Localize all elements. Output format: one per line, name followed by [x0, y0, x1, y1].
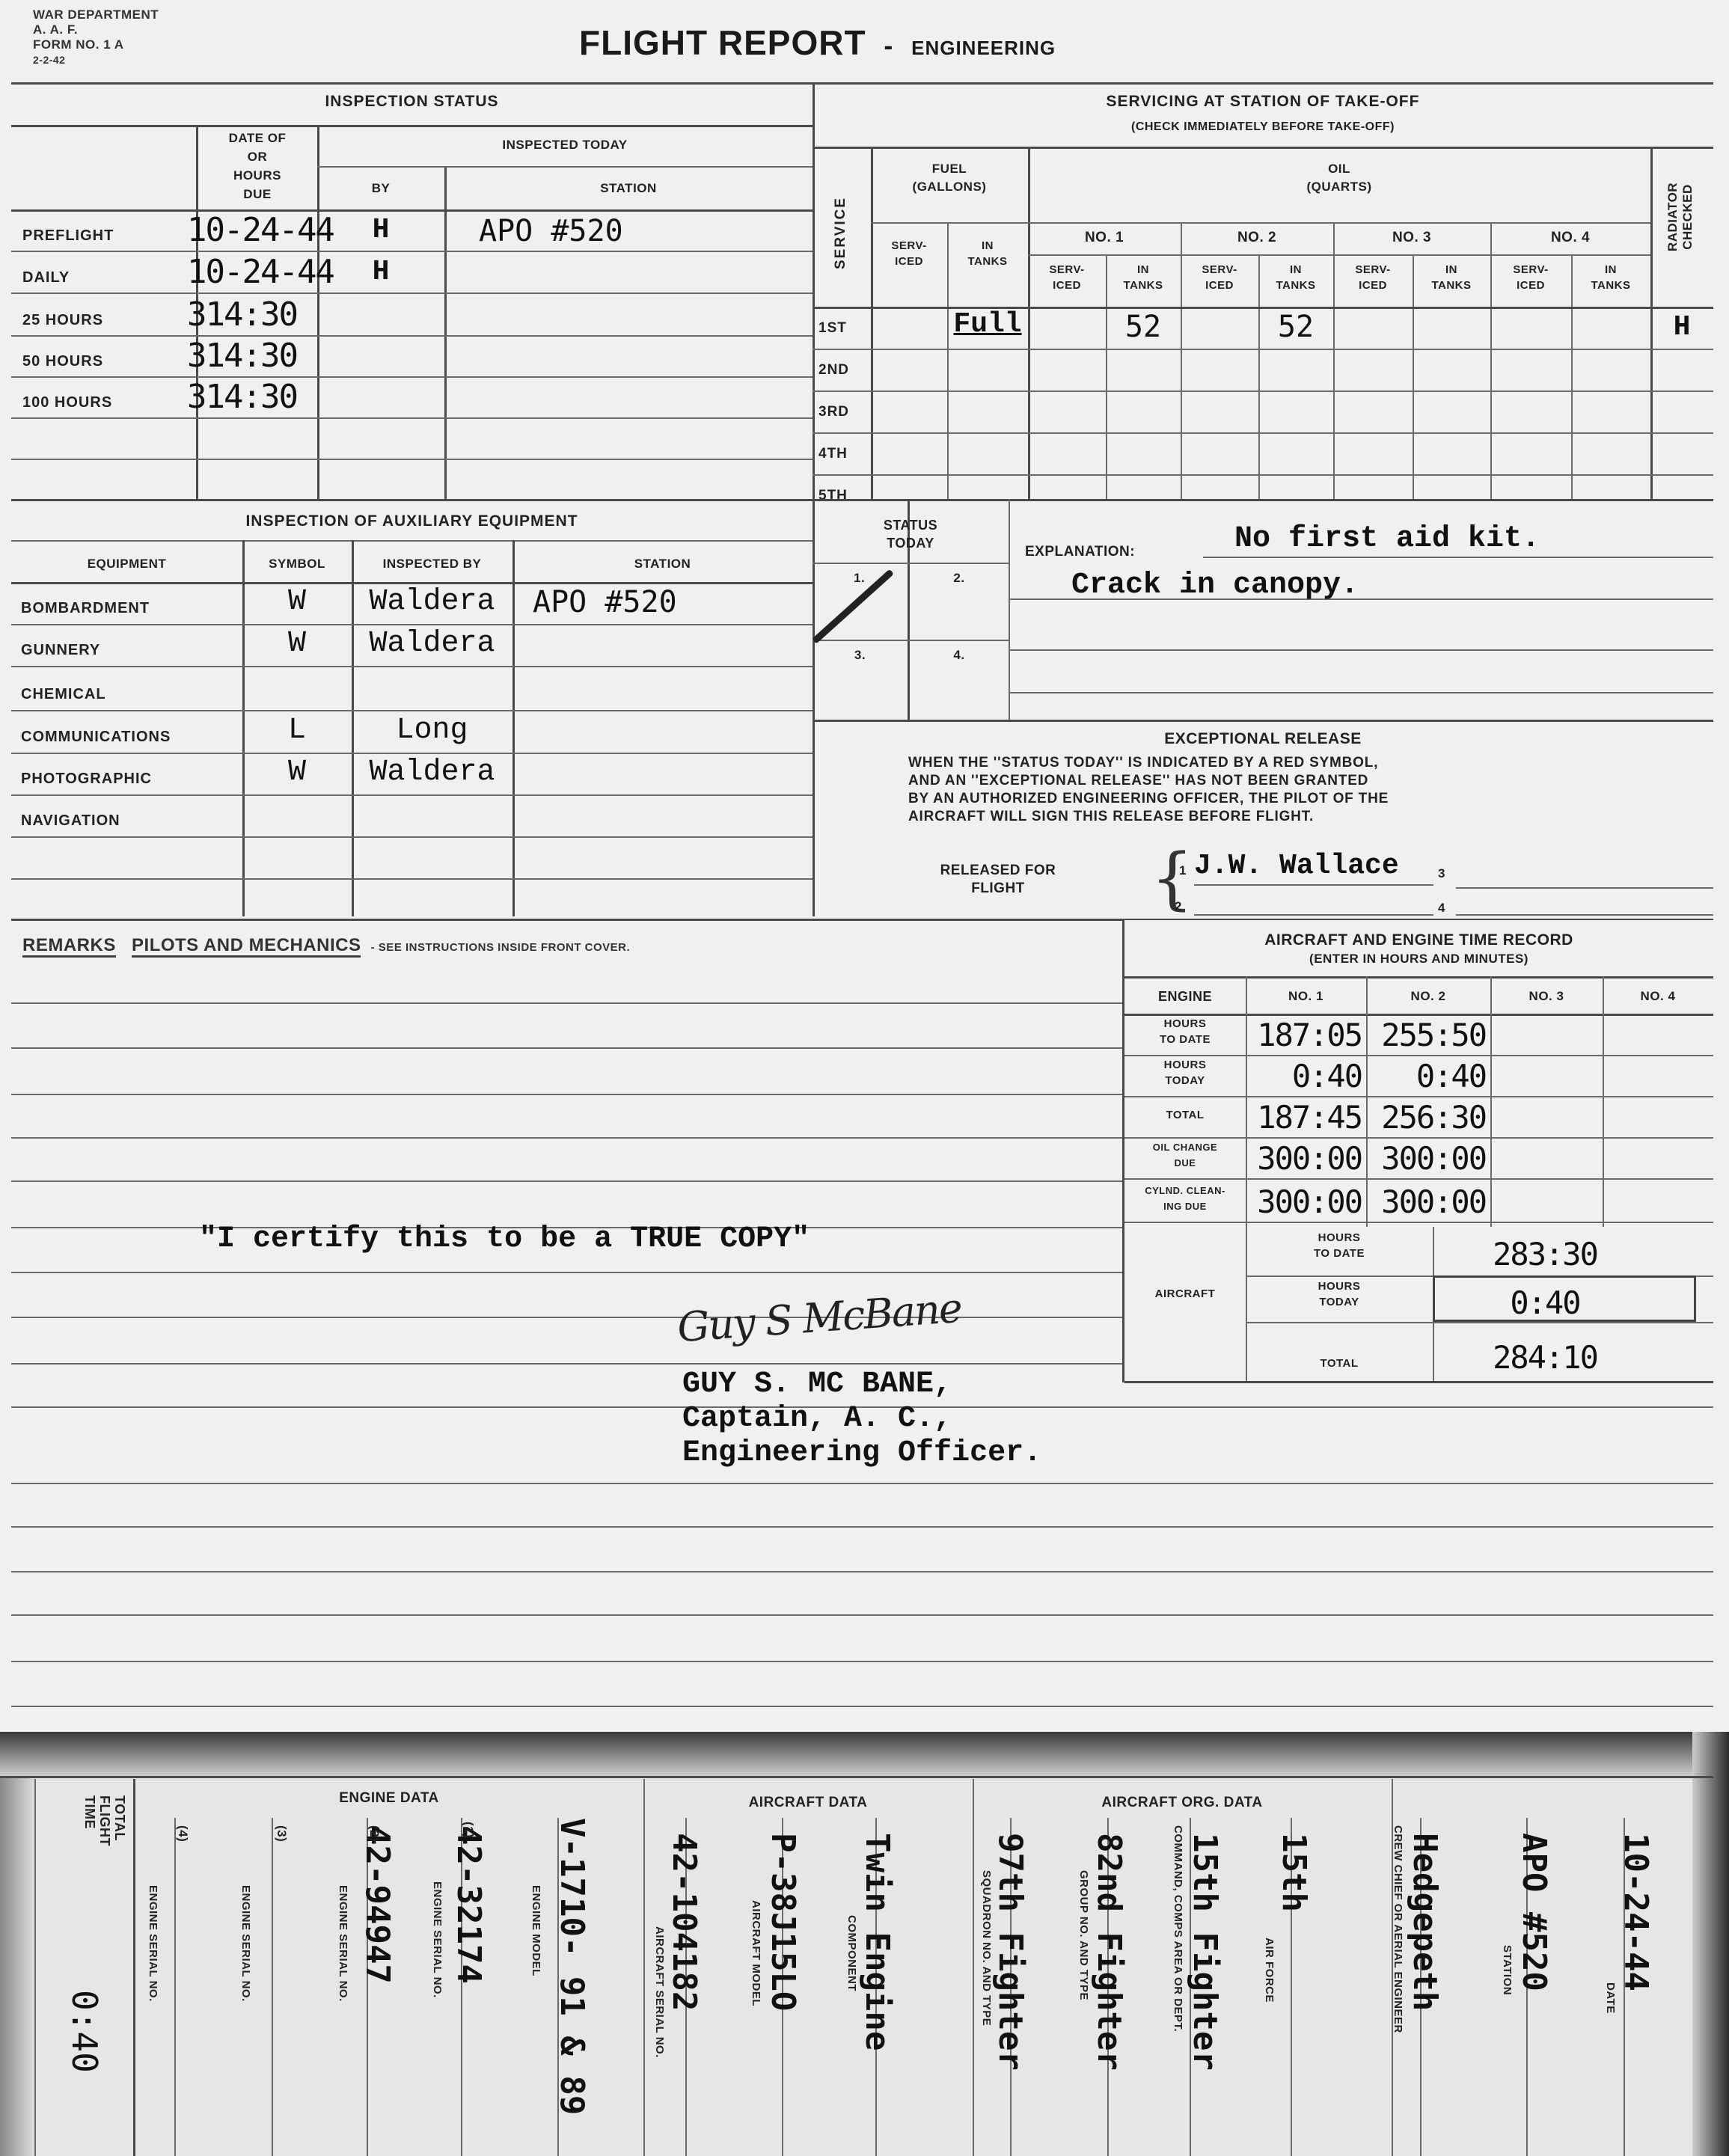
bottom-strip-shadow — [0, 1732, 1729, 1777]
divider — [272, 1818, 273, 2156]
remarks-line[interactable] — [11, 1571, 1713, 1572]
pilots-label: PILOTS AND MECHANICS — [132, 935, 361, 958]
row-divider — [11, 293, 813, 294]
engine-field-value[interactable]: 42-94947 — [358, 1825, 397, 1984]
time-row-label: TOTAL — [1124, 1107, 1246, 1123]
label: OR — [198, 147, 317, 166]
row-label: PREFLIGHT — [22, 227, 114, 245]
label: TODAY — [1246, 1294, 1433, 1310]
label: HOURS — [1246, 1278, 1433, 1294]
sig-num-2: 2 — [1175, 898, 1182, 916]
divider — [34, 1779, 36, 2156]
inspected-by-cell[interactable]: Waldera — [352, 627, 512, 661]
time-cell[interactable]: 300:00 — [1366, 1183, 1486, 1220]
org-field-value[interactable]: 15th Fighter — [1186, 1833, 1224, 2071]
inspection-status-title: INSPECTION STATUS — [11, 93, 813, 111]
release-signature-4[interactable] — [1456, 914, 1713, 916]
label: HOURS — [1124, 1057, 1246, 1073]
dept-line: A. A. F. — [33, 22, 159, 37]
label: ING DUE — [1124, 1198, 1246, 1214]
row-divider — [11, 459, 813, 460]
aircraft-row-label: HOURSTODAY — [1246, 1278, 1433, 1310]
aircraft-field-value[interactable]: 42-104182 — [665, 1833, 703, 2011]
remarks-line[interactable] — [11, 1661, 1713, 1662]
row-divider — [813, 432, 1713, 434]
row-divider — [11, 335, 813, 337]
oil-serviced-header: SERV-ICED — [1490, 262, 1571, 293]
sig-num-1: 1 — [1179, 862, 1187, 880]
time-cell[interactable]: 300:00 — [1246, 1183, 1362, 1220]
text-line: AND AN ''EXCEPTIONAL RELEASE'' HAS NOT B… — [908, 772, 1645, 790]
oil-header: OIL(QUARTS) — [1028, 160, 1650, 196]
exceptional-release-title: EXCEPTIONAL RELEASE — [813, 730, 1713, 748]
label: FUEL — [871, 160, 1028, 178]
aircraft-field-value[interactable]: P-38J15LO — [764, 1833, 802, 2011]
col-header-station: STATION — [444, 180, 813, 197]
symbol-cell[interactable]: W — [242, 756, 352, 789]
service-row-label: 3RD — [818, 404, 849, 420]
fuel-in-tanks-cell[interactable]: Full — [947, 308, 1028, 340]
remarks-line[interactable] — [11, 1094, 1133, 1095]
time-row-label: OIL CHANGEDUE — [1124, 1139, 1246, 1171]
status-cell-4[interactable]: 4. — [910, 646, 1009, 664]
remarks-header: REMARKS PILOTS AND MECHANICS - SEE INSTR… — [22, 935, 630, 956]
handwritten-signature: Guy S McBane — [676, 1284, 962, 1351]
divider — [11, 499, 1713, 501]
misc-field-value[interactable]: 10-24-44 — [1617, 1833, 1655, 1991]
released-for-flight-label: RELEASED FOR FLIGHT — [908, 862, 1088, 898]
release-signature-3[interactable] — [1456, 887, 1713, 889]
col-header-inspected-today: INSPECTED TODAY — [317, 136, 813, 154]
dept-line: FORM NO. 1 A — [33, 37, 159, 52]
aircraft-field-label: AIRCRAFT MODEL — [747, 1900, 765, 2006]
release-signature-2[interactable] — [1194, 914, 1433, 916]
remarks-line[interactable] — [11, 1706, 1713, 1707]
time-row-label: CYLND. CLEAN-ING DUE — [1124, 1183, 1246, 1214]
divider — [1194, 884, 1433, 886]
symbol-cell[interactable]: W — [242, 585, 352, 619]
col-header-station: STATION — [512, 555, 813, 573]
engine-field-label: ENGINE SERIAL NO. — [428, 1881, 446, 1998]
divider — [871, 222, 1650, 224]
time-cell[interactable]: 0:40 — [1246, 1058, 1362, 1094]
label: HOURS — [1246, 1230, 1433, 1246]
dept-line: 2-2-42 — [33, 52, 159, 67]
org-field-value[interactable]: 97th Fighter — [991, 1833, 1029, 2071]
label: IN — [1413, 262, 1490, 278]
title-dash: - — [884, 30, 893, 61]
col-header-equipment: EQUIPMENT — [11, 555, 242, 573]
engine-field-number: (4) — [174, 1825, 192, 1842]
time-cell[interactable]: 0:40 — [1366, 1058, 1486, 1094]
row-label: 100 HOURS — [22, 394, 112, 411]
divider — [813, 640, 1009, 641]
row-divider — [1124, 1222, 1713, 1223]
engine-field-label: ENGINE MODEL — [527, 1885, 545, 1976]
signer-block: GUY S. MC BANE, Captain, A. C., Engineer… — [682, 1368, 1041, 1471]
divider — [133, 1779, 135, 2156]
right-edge-shadow — [1692, 1732, 1729, 2156]
exceptional-release-text: WHEN THE ''STATUS TODAY'' IS INDICATED B… — [908, 754, 1645, 826]
divider — [643, 1779, 645, 2156]
sig-num-4: 4 — [1438, 899, 1445, 917]
row-divider — [11, 417, 813, 419]
due-value[interactable]: 314:30 — [187, 295, 297, 334]
label: ICED — [1333, 278, 1413, 293]
service-header: SERVICE — [832, 197, 850, 269]
divider — [1028, 147, 1030, 499]
engine-field-value[interactable]: 42-32174 — [450, 1825, 488, 1984]
equipment-label: CHEMICAL — [21, 686, 106, 703]
label: TANKS — [1571, 278, 1650, 293]
oil-in-tanks-header: INTANKS — [1413, 262, 1490, 293]
fuel-serviced-header: SERV-ICED — [871, 238, 947, 269]
aircraft-data-title: AIRCRAFT DATA — [643, 1794, 973, 1812]
servicing-subtitle: (CHECK IMMEDIATELY BEFORE TAKE-OFF) — [813, 118, 1713, 136]
divider — [1203, 557, 1713, 558]
row-divider — [1124, 1137, 1713, 1139]
divider — [0, 1776, 1713, 1778]
row-divider — [813, 349, 1713, 350]
divider — [1009, 649, 1713, 651]
divider — [174, 1818, 176, 2156]
time-record-title: AIRCRAFT AND ENGINE TIME RECORD — [1124, 931, 1713, 949]
time-cell[interactable]: 187:05 — [1246, 1017, 1362, 1053]
label: DATE OF — [198, 129, 317, 147]
row-divider — [1124, 1096, 1713, 1097]
oil-serviced-header: SERV-ICED — [1333, 262, 1413, 293]
row-label: 25 HOURS — [22, 312, 103, 329]
label: TODAY — [813, 534, 1009, 552]
remarks-line[interactable] — [11, 1317, 1133, 1318]
label: OIL CHANGE — [1124, 1139, 1246, 1155]
time-cell[interactable]: 256:30 — [1366, 1099, 1486, 1136]
misc-field-label: STATION — [1498, 1945, 1516, 1995]
engine-col-header: NO. 1 — [1246, 987, 1366, 1005]
engine-field-label: ENGINE SERIAL NO. — [334, 1885, 352, 2002]
release-signature-1[interactable]: J.W. Wallace — [1194, 850, 1399, 882]
misc-field-label: CREW CHIEF OR AERIAL ENGINEER — [1389, 1825, 1407, 2033]
divider — [11, 82, 1713, 85]
label: IN — [1106, 262, 1181, 278]
label: SERV- — [1028, 262, 1106, 278]
label: SERV- — [1490, 262, 1571, 278]
aircraft-label: AIRCRAFT — [1124, 1285, 1246, 1303]
status-today-title: STATUS TODAY — [813, 516, 1009, 552]
aircraft-org-data-title: AIRCRAFT ORG. DATA — [973, 1794, 1392, 1812]
time-record-subtitle: (ENTER IN HOURS AND MINUTES) — [1124, 950, 1713, 968]
label: ICED — [1028, 278, 1106, 293]
explanation-label: EXPLANATION: — [1025, 543, 1135, 561]
oil-group-header: NO. 3 — [1333, 229, 1490, 247]
engine-col-header: ENGINE — [1124, 987, 1246, 1005]
label: OIL — [1028, 160, 1650, 178]
remarks-line[interactable] — [11, 1180, 1133, 1182]
aircraft-field-value[interactable]: Twin Engine — [858, 1833, 896, 2051]
service-row-label: 2ND — [818, 362, 849, 379]
due-value[interactable]: 314:30 — [187, 378, 297, 416]
divider — [11, 582, 813, 584]
aircraft-time-cell[interactable]: 284:10 — [1433, 1339, 1657, 1376]
remarks-line[interactable] — [11, 1137, 1133, 1139]
servicing-title: SERVICING AT STATION OF TAKE-OFF — [813, 93, 1713, 111]
remarks-line[interactable] — [11, 1002, 1133, 1004]
misc-field-value[interactable]: Hedgepeth — [1406, 1833, 1444, 2011]
engine-col-header: NO. 4 — [1603, 987, 1713, 1005]
label: TOTAL — [1246, 1356, 1433, 1371]
label: ICED — [871, 254, 947, 269]
symbol-cell[interactable]: W — [242, 627, 352, 661]
row-divider — [11, 624, 813, 625]
label: SERV- — [1181, 262, 1258, 278]
row-divider — [11, 836, 813, 838]
label: STATUS — [813, 516, 1009, 534]
divider — [1490, 976, 1492, 1227]
label: HOURS — [1124, 1016, 1246, 1032]
subtitle-text: ENGINEERING — [911, 37, 1056, 59]
divider — [1246, 1322, 1713, 1323]
instructions-label: - SEE INSTRUCTIONS INSIDE FRONT COVER. — [371, 941, 631, 954]
total-flight-time-value[interactable]: 0:40 — [64, 1990, 105, 2073]
col-header-by: BY — [317, 180, 444, 197]
oil-cell[interactable]: 52 — [1258, 310, 1333, 344]
aircraft-row-label: HOURSTO DATE — [1246, 1230, 1433, 1261]
explanation-line-1[interactable]: No first aid kit. — [1234, 522, 1540, 556]
signer-rank: Captain, A. C., — [682, 1402, 1041, 1436]
row-divider — [11, 376, 813, 378]
org-field-value[interactable]: 82nd Fighter — [1090, 1833, 1128, 2071]
engine-col-header: NO. 2 — [1366, 987, 1490, 1005]
engine-col-header: NO. 3 — [1490, 987, 1603, 1005]
time-cell[interactable]: 300:00 — [1246, 1140, 1362, 1177]
label: FLIGHT — [908, 880, 1088, 898]
label: IN — [1258, 262, 1333, 278]
label: TO DATE — [1124, 1032, 1246, 1047]
misc-field-value[interactable]: APO #520 — [1515, 1833, 1553, 1991]
engine-field-value[interactable]: V-1710- 91 & 89 — [553, 1818, 591, 2115]
dept-line: WAR DEPARTMENT — [33, 7, 159, 22]
org-field-value[interactable]: 15th — [1275, 1833, 1313, 1912]
col-header-inspected-by: INSPECTED BY — [352, 555, 512, 573]
time-cell[interactable]: 187:45 — [1246, 1099, 1362, 1136]
service-row-label: 5TH — [818, 488, 848, 504]
total-flight-time-label: TOTALFLIGHTTIME — [82, 1795, 127, 1846]
text-line: WHEN THE ''STATUS TODAY'' IS INDICATED B… — [908, 754, 1645, 772]
signer-name: GUY S. MC BANE, — [682, 1368, 1041, 1402]
remarks-line[interactable] — [11, 1483, 1713, 1484]
inspected-by-cell[interactable]: Waldera — [352, 756, 512, 789]
label: TANKS — [1413, 278, 1490, 293]
equipment-label: COMMUNICATIONS — [21, 729, 171, 746]
oil-serviced-header: SERV-ICED — [1181, 262, 1258, 293]
divider — [1009, 692, 1713, 693]
engine-field-number: (3) — [272, 1825, 290, 1842]
divider — [317, 166, 813, 168]
oil-cell[interactable]: 52 — [1106, 310, 1181, 344]
left-edge-shadow — [0, 1777, 34, 2156]
equipment-label: GUNNERY — [21, 642, 100, 659]
page-title: FLIGHT REPORT - ENGINEERING — [579, 22, 1056, 63]
aircraft-hours-today-box — [1433, 1275, 1696, 1322]
by-value[interactable]: H — [317, 256, 444, 288]
divider — [11, 209, 813, 212]
oil-in-tanks-header: INTANKS — [1571, 262, 1650, 293]
label: SERV- — [1333, 262, 1413, 278]
label: IN — [1571, 262, 1650, 278]
divider — [871, 147, 873, 499]
engine-data-title: ENGINE DATA — [135, 1789, 643, 1807]
oil-group-header: NO. 4 — [1490, 229, 1650, 247]
col-header-symbol: SYMBOL — [242, 555, 352, 573]
row-divider — [11, 878, 813, 880]
divider — [1028, 254, 1650, 256]
text-line: AIRCRAFT WILL SIGN THIS RELEASE BEFORE F… — [908, 808, 1645, 826]
auxiliary-title: INSPECTION OF AUXILIARY EQUIPMENT — [11, 512, 813, 530]
engine-field-label: ENGINE SERIAL NO. — [236, 1885, 254, 2002]
label: 1. — [854, 569, 865, 587]
time-cell[interactable]: 255:50 — [1366, 1017, 1486, 1053]
label: (QUARTS) — [1028, 178, 1650, 196]
divider — [1124, 1381, 1713, 1383]
oil-group-header: NO. 2 — [1181, 229, 1333, 247]
divider — [1009, 499, 1010, 721]
label: TANKS — [947, 254, 1028, 269]
divider — [813, 720, 1713, 722]
label: RELEASED FOR — [908, 862, 1088, 880]
status-cell-2[interactable]: 2. — [910, 569, 1009, 587]
remarks-line[interactable] — [11, 1526, 1713, 1528]
remarks-line[interactable] — [11, 1047, 1133, 1049]
engine-field-label: ENGINE SERIAL NO. — [144, 1885, 162, 2002]
inspected-by-cell[interactable]: Long — [352, 714, 512, 747]
service-row-label: 1ST — [818, 320, 847, 337]
aircraft-row-label: TOTAL — [1246, 1356, 1433, 1371]
sig-num-3: 3 — [1438, 865, 1445, 883]
divider — [1603, 976, 1604, 1227]
status-cell-1[interactable]: 1. — [813, 565, 908, 640]
divider — [11, 540, 813, 542]
fuel-header: FUEL(GALLONS) — [871, 160, 1028, 196]
time-row-label: HOURSTODAY — [1124, 1057, 1246, 1088]
due-value[interactable]: 10-24-44 — [187, 211, 334, 249]
divider — [512, 540, 515, 916]
due-value[interactable]: 10-24-44 — [187, 253, 334, 291]
label: TOTAL — [1124, 1107, 1246, 1123]
row-divider — [11, 251, 813, 252]
org-field-label: COMMAND, COMPS AREA OR DEPT. — [1169, 1825, 1187, 2032]
radiator-header: RADIATOR CHECKED — [1665, 153, 1695, 281]
row-label: 50 HOURS — [22, 353, 103, 370]
label: TIME — [82, 1795, 97, 1846]
fuel-in-tanks-header: INTANKS — [947, 238, 1028, 269]
row-divider — [11, 666, 813, 667]
time-row-label: HOURSTO DATE — [1124, 1016, 1246, 1047]
oil-in-tanks-header: INTANKS — [1258, 262, 1333, 293]
row-divider — [813, 474, 1713, 476]
remarks-line[interactable] — [11, 1614, 1713, 1616]
row-divider — [11, 710, 813, 711]
row-divider — [11, 794, 813, 796]
label: SERV- — [871, 238, 947, 254]
certify-text: "I certify this to be a TRUE COPY" — [199, 1222, 810, 1256]
label: (GALLONS) — [871, 178, 1028, 196]
text-line: BY AN AUTHORIZED ENGINEERING OFFICER, TH… — [908, 790, 1645, 808]
equipment-label: PHOTOGRAPHIC — [21, 771, 152, 788]
status-cell-3[interactable]: 3. — [813, 646, 908, 664]
row-divider — [1124, 1178, 1713, 1180]
remarks-label: REMARKS — [22, 935, 116, 958]
label: DUE — [198, 185, 317, 203]
label: TANKS — [1106, 278, 1181, 293]
label: ICED — [1490, 278, 1571, 293]
engine-field-number: (2) — [365, 1825, 383, 1842]
symbol-cell[interactable]: L — [242, 714, 352, 747]
oil-in-tanks-header: INTANKS — [1106, 262, 1181, 293]
engine-field-number: (1) — [459, 1822, 477, 1838]
row-label: DAILY — [22, 269, 70, 287]
label: HOURS — [198, 166, 317, 185]
station-value[interactable]: APO #520 — [479, 214, 623, 248]
inspected-by-cell[interactable]: Waldera — [352, 585, 512, 619]
signer-title: Engineering Officer. — [682, 1436, 1041, 1471]
label: TOTAL — [112, 1795, 127, 1846]
remarks-line[interactable] — [11, 1363, 1133, 1365]
divider — [813, 147, 1713, 149]
label: TANKS — [1258, 278, 1333, 293]
form-id-block: WAR DEPARTMENT A. A. F. FORM NO. 1 A 2-2… — [33, 7, 159, 67]
row-divider — [1124, 1055, 1713, 1056]
equipment-label: BOMBARDMENT — [21, 600, 150, 617]
title-text: FLIGHT REPORT — [579, 23, 866, 62]
radiator-cell[interactable]: H — [1650, 311, 1713, 343]
remarks-line[interactable] — [11, 1272, 1133, 1273]
station-cell[interactable]: APO #520 — [533, 585, 677, 619]
label: FLIGHT — [97, 1795, 112, 1846]
label: ICED — [1181, 278, 1258, 293]
label: IN — [947, 238, 1028, 254]
aircraft-time-cell[interactable]: 283:30 — [1433, 1236, 1657, 1273]
divider — [444, 166, 447, 499]
time-cell[interactable]: 300:00 — [1366, 1140, 1486, 1177]
divider — [11, 125, 813, 127]
label: CYLND. CLEAN- — [1124, 1183, 1246, 1198]
service-row-label: 4TH — [818, 446, 848, 462]
by-value[interactable]: H — [317, 214, 444, 246]
due-value[interactable]: 314:30 — [187, 337, 297, 375]
row-divider — [11, 753, 813, 754]
col-header-due: DATE OF OR HOURS DUE — [198, 129, 317, 203]
explanation-line-2[interactable]: Crack in canopy. — [1071, 569, 1359, 602]
oil-serviced-header: SERV-ICED — [1028, 262, 1106, 293]
label: DUE — [1124, 1155, 1246, 1171]
divider — [1124, 976, 1713, 979]
row-divider — [813, 391, 1713, 392]
brace-icon: { — [1151, 845, 1193, 913]
divider — [973, 1779, 974, 2156]
equipment-label: NAVIGATION — [21, 812, 120, 830]
label: TO DATE — [1246, 1246, 1433, 1261]
label: TODAY — [1124, 1073, 1246, 1088]
divider — [813, 563, 1009, 564]
org-field-label: AIR FORCE — [1260, 1938, 1278, 2003]
oil-group-header: NO. 1 — [1028, 229, 1181, 247]
